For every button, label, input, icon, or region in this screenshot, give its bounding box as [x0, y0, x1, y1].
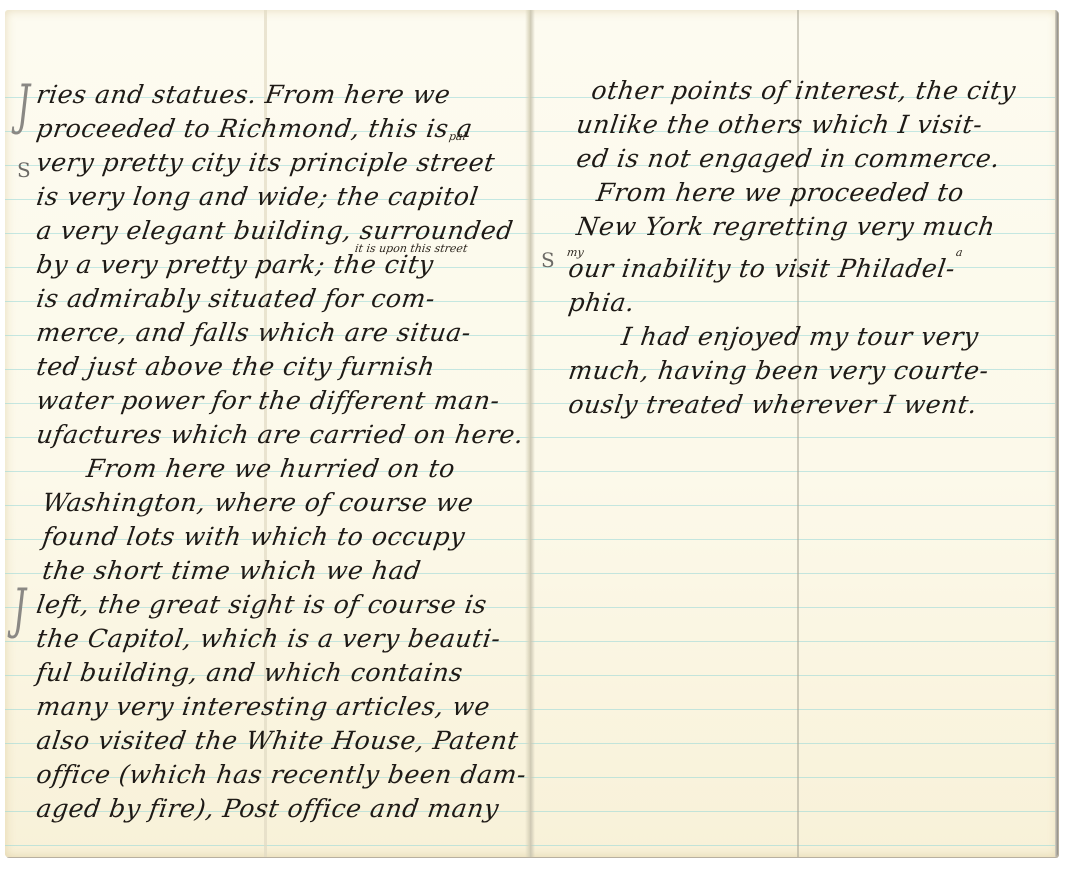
text-line: our inability to visit Philadel-: [567, 256, 957, 281]
margin-mark-s: S: [541, 250, 555, 270]
left-page: J S J pal it is upon this street ries an…: [5, 10, 525, 857]
text-line: aged by fire), Post office and many: [35, 796, 501, 821]
text-line: is very long and wide; the capitol: [35, 184, 480, 209]
text-line: the Capitol, which is a very beauti-: [35, 626, 502, 651]
text-line: much, having been very courte-: [567, 358, 990, 383]
margin-mark-j: J: [17, 78, 30, 132]
text-line: phia.: [567, 290, 636, 315]
text-line: found lots with which to occupy: [41, 524, 467, 549]
text-line: ously treated wherever I went.: [567, 392, 979, 417]
text-line: by a very pretty park; the city: [35, 252, 435, 277]
text-line: left, the great sight is of course is: [35, 592, 489, 617]
margin-mark-s: S: [17, 160, 31, 180]
text-line: ed is not engaged in commerce.: [575, 146, 1002, 171]
text-line: other points of interest, the city: [590, 78, 1018, 103]
right-page: S my a other points of interest, the cit…: [535, 10, 1058, 857]
margin-mark-j: J: [13, 582, 26, 636]
text-line: ted just above the city furnish: [35, 354, 437, 379]
text-line: water power for the different man-: [35, 388, 501, 413]
text-line: office (which has recently been dam-: [35, 762, 528, 787]
text-line: merce, and falls which are situa-: [35, 320, 473, 345]
text-line: a very elegant building, surrounded: [35, 218, 515, 243]
text-line: also visited the White House, Patent: [35, 728, 520, 753]
text-line: the short time which we had: [41, 558, 423, 583]
text-line: unlike the others which I visit-: [575, 112, 984, 137]
letter-sheet: J S J pal it is upon this street ries an…: [5, 10, 1058, 857]
text-line: Washington, where of course we: [41, 490, 475, 515]
text-line: ufactures which are carried on here.: [35, 422, 525, 447]
text-line: From here we hurried on to: [85, 456, 457, 481]
text-line: many very interesting articles, we: [35, 694, 492, 719]
fold-crease-center: [525, 10, 535, 857]
text-line: is admirably situated for com-: [35, 286, 437, 311]
text-line: From here we proceeded to: [595, 180, 966, 205]
text-line: very pretty city its principle street: [35, 150, 497, 175]
text-line: proceeded to Richmond, this is a: [35, 116, 474, 141]
text-line: ries and statues. From here we: [35, 82, 452, 107]
text-line: I had enjoyed my tour very: [620, 324, 980, 349]
text-line: New York regretting very much: [575, 214, 997, 239]
text-line: ful building, and which contains: [35, 660, 465, 685]
